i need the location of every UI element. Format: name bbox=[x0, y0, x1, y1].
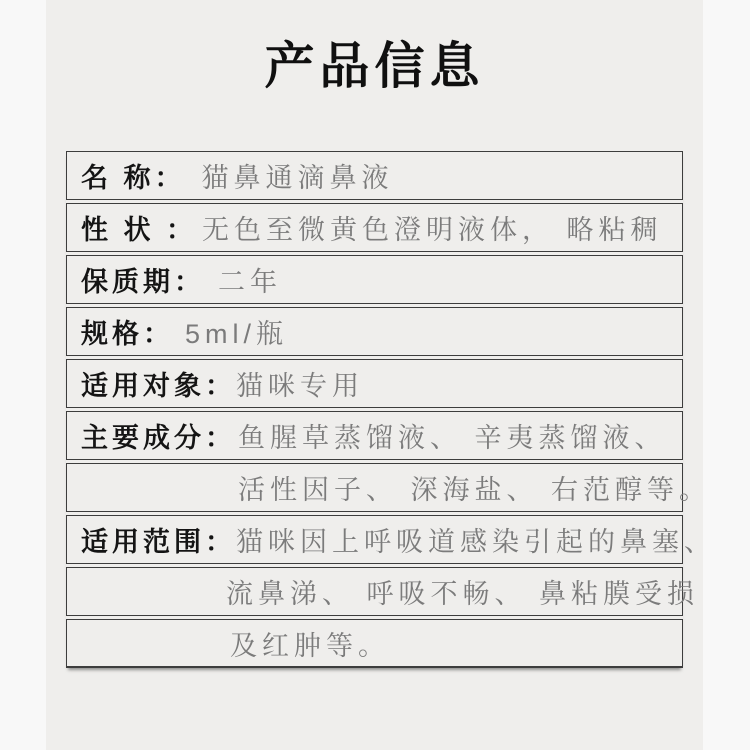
row-value: 二年 bbox=[218, 260, 282, 299]
row-value: 鱼腥草蒸馏液、 辛夷蒸馏液、 bbox=[238, 416, 667, 455]
row-value: 及红肿等。 bbox=[230, 624, 390, 663]
table-row-shelf-life: 保质期： 二年 bbox=[66, 255, 683, 304]
table-row-properties: 性 状 ： 无色至微黄色澄明液体， 略粘稠 bbox=[66, 203, 683, 252]
row-value: 猫鼻通滴鼻液 bbox=[202, 156, 394, 195]
table-row-ingredients-continued: 活性因子、 深海盐、 右范醇等。 bbox=[66, 463, 683, 512]
row-label: 主要成分： bbox=[81, 416, 236, 455]
row-label: 名 称： bbox=[81, 156, 186, 195]
row-value: 猫咪因上呼吸道感染引起的鼻塞、 bbox=[236, 520, 716, 559]
row-label: 适用对象： bbox=[81, 364, 236, 403]
table-row-specification: 规格： 5ml/瓶 bbox=[66, 307, 683, 356]
table-row-name: 名 称： 猫鼻通滴鼻液 bbox=[66, 151, 683, 200]
product-info-table: 名 称： 猫鼻通滴鼻液 性 状 ： 无色至微黄色澄明液体， 略粘稠 保质期： 二… bbox=[66, 151, 683, 668]
content-panel: 产品信息 名 称： 猫鼻通滴鼻液 性 状 ： 无色至微黄色澄明液体， 略粘稠 保… bbox=[46, 0, 703, 750]
row-label: 性 状 ： bbox=[81, 208, 197, 247]
row-value: 活性因子、 深海盐、 右范醇等。 bbox=[238, 468, 711, 507]
row-label: 规格： bbox=[81, 312, 174, 351]
row-value: 5ml/瓶 bbox=[185, 312, 288, 351]
page-title: 产品信息 bbox=[46, 0, 703, 99]
table-row-indications-continued-2: 及红肿等。 bbox=[66, 619, 683, 668]
row-value: 流鼻涕、 呼吸不畅、 鼻粘膜受损 bbox=[226, 572, 699, 611]
table-row-indications: 适用范围： 猫咪因上呼吸道感染引起的鼻塞、 bbox=[66, 515, 683, 564]
row-value: 无色至微黄色澄明液体， 略粘稠 bbox=[202, 208, 663, 247]
row-value: 猫咪专用 bbox=[236, 364, 364, 403]
table-row-indications-continued: 流鼻涕、 呼吸不畅、 鼻粘膜受损 bbox=[66, 567, 683, 616]
table-row-ingredients: 主要成分： 鱼腥草蒸馏液、 辛夷蒸馏液、 bbox=[66, 411, 683, 460]
row-label: 保质期： bbox=[81, 260, 205, 299]
row-label: 适用范围： bbox=[81, 520, 236, 559]
table-row-target-animal: 适用对象： 猫咪专用 bbox=[66, 359, 683, 408]
